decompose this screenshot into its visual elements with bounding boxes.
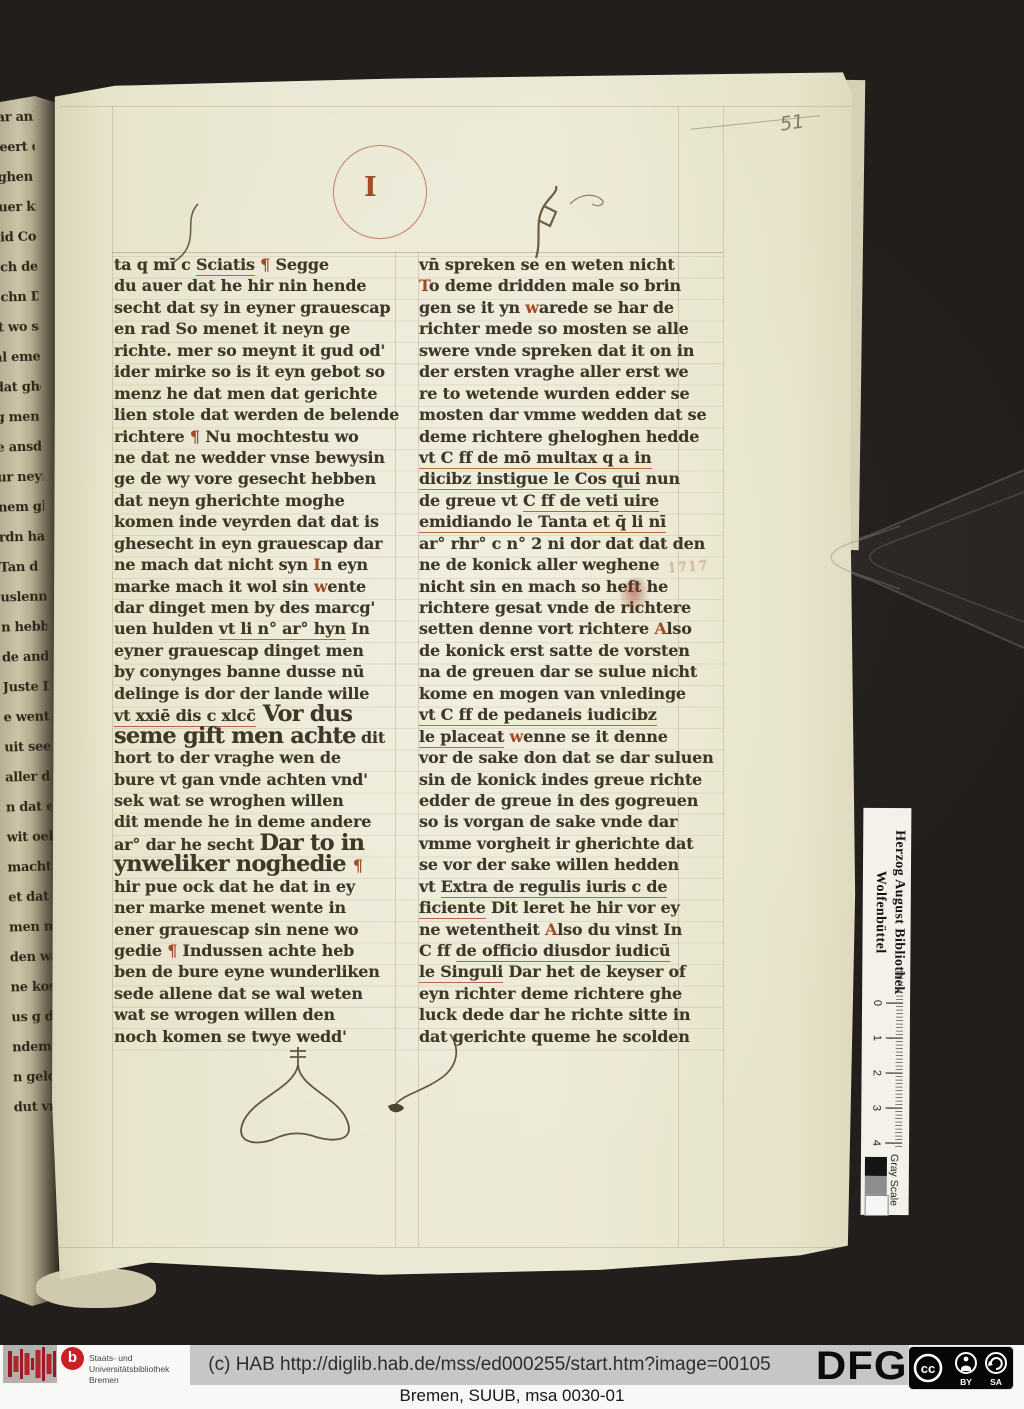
dfg-logo: DFG	[816, 1344, 908, 1389]
manuscript-line: du auer dat he hir nin hende	[114, 275, 400, 296]
manuscript-line: richter mede so mosten se alle	[419, 318, 695, 339]
facing-page-line-fragment: och den b	[0, 260, 38, 291]
facing-page-line-fragment: n dat en de	[6, 799, 53, 830]
manuscript-line: le placeat wenne se it denne	[419, 726, 695, 747]
red-circle-quire-mark: I	[333, 145, 427, 239]
manuscript-line: ge de wy vore gesecht hebben	[114, 468, 400, 489]
facing-page-line-fragment: al eme'e h	[0, 349, 41, 380]
manuscript-line: ne dat ne wedder vnse bewysin	[114, 447, 400, 468]
manuscript-line: vor de sake don dat se dar suluen	[419, 747, 695, 768]
facing-page-line-fragment: de ander g	[2, 649, 49, 680]
pen-flourish-below-right-column	[386, 1032, 496, 1116]
manuscript-line: de greue vt C ff de veti uire	[419, 490, 695, 511]
ruler-number: 4	[870, 1140, 882, 1146]
under-leaf-edge-bottom-left	[36, 1268, 156, 1308]
manuscript-line: hort to der vraghe wen de	[114, 747, 400, 768]
page-holder-clip	[780, 430, 1024, 670]
manuscript-line: swere vnde spreken dat it on in	[419, 340, 695, 361]
manuscript-line: secht dat sy in eyner grauescap	[114, 297, 400, 318]
manuscript-line: deme richtere gheloghen hedde	[419, 426, 695, 447]
text-column-left: ta q mī c Sciatis ¶ Seggedu auer dat he …	[114, 254, 400, 1047]
manuscript-line: sede allene dat se wal weten	[114, 983, 400, 1004]
manuscript-line: emidiando le Tanta et q̄ li nī	[419, 511, 695, 532]
manuscript-line: ben de bure eyne wunderliken	[114, 961, 400, 982]
facing-page-line-fragment: ndeme ik	[12, 1039, 59, 1070]
manuscript-line: dar dinget men by des marcg'	[114, 597, 400, 618]
manuscript-line: ne mach dat nicht syn In eyn	[114, 554, 400, 575]
facing-page-line-fragment: rdn hat n	[0, 529, 45, 560]
facing-page-line-fragment: echn Dil	[0, 290, 39, 321]
facing-page-line-fragment: Beert de	[0, 140, 35, 171]
facing-page-gutter: bar anbBeert deoghen wauer kilenid Cooch…	[0, 96, 58, 1306]
manuscript-line: nicht sin en mach so heft he	[419, 576, 695, 597]
pen-flourish-below-left-column	[220, 1045, 370, 1185]
facing-page-line-fragment: nid Co	[0, 230, 38, 261]
gray-scale-swatch	[865, 1157, 887, 1176]
facing-page-line-fragment: men men b	[9, 919, 56, 950]
shelfmark-caption: Bremen, SUUB, msa 0030-01	[0, 1386, 1024, 1406]
ruling-line-v5	[723, 106, 724, 1247]
manuscript-line: vt Extra de regulis iuris c de	[419, 876, 695, 897]
gray-scale-label: Gray Scale	[888, 1154, 900, 1216]
facing-page-line-fragment: Tan d	[0, 559, 46, 590]
facing-page-line-fragment: ne kost ml	[10, 979, 57, 1010]
facing-page-line-fragment: uslenne g	[0, 589, 47, 620]
manuscript-line: eyn richter deme richtere ghe	[419, 983, 695, 1004]
ruler-number: 0	[871, 1000, 883, 1006]
manuscript-line: uen hulden vt li n° ar° hyn In	[114, 618, 400, 639]
folio-number: 51	[779, 110, 806, 135]
facing-page-line-fragment: e ansdou n	[0, 439, 43, 470]
manuscript-line: der ersten vraghe aller erst we	[419, 361, 695, 382]
manuscript-line: gen se it yn warede se har de	[419, 297, 695, 318]
manuscript-line: sek wat se wroghen willen	[114, 790, 400, 811]
facing-page-line-fragment: ur neyn ng	[0, 469, 44, 500]
facing-page-line-fragment: macht hy	[7, 859, 54, 890]
manuscript-line: re to wetende wurden edder se	[419, 383, 695, 404]
manuscript-line: marke mach it wol sin wente	[114, 576, 400, 597]
manuscript-line: komen inde veyrden dat dat is	[114, 511, 400, 532]
manuscript-line: ne wetentheit Also du vinst In	[419, 919, 695, 940]
bremen-line3: Bremen	[89, 1375, 169, 1386]
manuscript-line: richte. mer so meynt it gud od'	[114, 340, 400, 361]
facing-page-line-fragment: nem ghird	[0, 499, 45, 530]
manuscript-line: by conynges banne dusse nū	[114, 661, 400, 682]
manuscript-line: dat neyn gherichte moghe	[114, 490, 400, 511]
facing-page-text-fragments: bar anbBeert deoghen wauer kilenid Cooch…	[0, 110, 60, 1131]
manuscript-line: ner marke menet wente in	[114, 897, 400, 918]
manuscript-line: gedie ¶ Indussen achte heb	[114, 940, 400, 961]
manuscript-line: ta q mī c Sciatis ¶ Segge	[114, 254, 400, 275]
facing-page-line-fragment: oghen w	[0, 170, 36, 201]
manuscript-line: ne de konick aller weghene	[419, 554, 695, 575]
facing-page-line-fragment: auer kile	[0, 200, 37, 231]
pen-flourish-above-right-column	[498, 182, 608, 260]
red-bars-logo	[3, 1345, 57, 1383]
facing-page-line-fragment: n hebben	[1, 619, 48, 650]
manuscript-line: mosten dar vmme wedden dat se	[419, 404, 695, 425]
manuscript-line: de konick erst satte de vorsten	[419, 640, 695, 661]
manuscript-line: vt C ff de pedaneis iudicibz	[419, 704, 695, 725]
manuscript-line: wat se wrogen willen den	[114, 1004, 400, 1025]
manuscript-line: To deme dridden male so brin	[419, 275, 695, 296]
text-column-right: vn̄ spreken se en weten nichtTo deme dri…	[419, 254, 695, 1047]
facing-page-line-fragment: us g de h	[11, 1009, 58, 1040]
ruling-line-bottom	[50, 1247, 845, 1248]
facing-page-line-fragment: it wo sal	[0, 320, 40, 351]
manuscript-line: luck dede dar he richte sitte in	[419, 1004, 695, 1025]
manuscript-line: seme gift men achte dit	[114, 726, 400, 747]
manuscript-line: menz he dat men dat gerichte	[114, 383, 400, 404]
manuscript-line: lien stole dat werden de belende	[114, 404, 400, 425]
manuscript-line: na de greuen dar se sulue nicht	[419, 661, 695, 682]
bremen-line1: Staats- und	[89, 1353, 169, 1364]
facing-page-line-fragment: aller dat	[5, 769, 52, 800]
facing-page-line-fragment: dat ghend	[0, 379, 41, 410]
facing-page-line-fragment: Juste Dat	[3, 679, 50, 710]
facing-page-line-fragment: g men nit	[0, 409, 42, 440]
facing-page-line-fragment: den warde	[10, 949, 57, 980]
scan-canvas: bar anbBeert deoghen wauer kilenid Cooch…	[0, 0, 1024, 1409]
manuscript-line: ar° rhr° c n° 2 ni dor dat dat den	[419, 533, 695, 554]
manuscript-line: ynweliker noghedie ¶	[114, 854, 400, 875]
manuscript-page: I 51 ta q mī c Sciatis ¶ Seggedu auer da…	[50, 70, 860, 1282]
manuscript-line: ener grauescap sin nene wo	[114, 919, 400, 940]
manuscript-line: setten denne vort richtere Also	[419, 618, 695, 639]
hab-reference-strip: Herzog August Bibliothek Wolfenbüttel 01…	[861, 808, 912, 1215]
manuscript-line: en rad So menet it neyn ge	[114, 318, 400, 339]
ruler-number: 2	[871, 1070, 883, 1076]
cm-ruler: 01234	[861, 958, 910, 1158]
ruling-line-top	[60, 106, 852, 107]
manuscript-line: sin de konick indes greue richte	[419, 769, 695, 790]
manuscript-line: richtere gesat vnde de richtere	[419, 597, 695, 618]
manuscript-line: C ff de officio diusdor iudicū	[419, 940, 695, 961]
manuscript-line: le Singuli Dar het de keyser of	[419, 961, 695, 982]
manuscript-line: dicibz instigue le Cos qui nun	[419, 468, 695, 489]
gray-scale-swatch	[865, 1195, 889, 1216]
manuscript-line: edder de greue in des gogreuen	[419, 790, 695, 811]
manuscript-line: vmme vorgheit ir gherichte dat	[419, 833, 695, 854]
facing-page-line-fragment: et dat and	[8, 889, 55, 920]
copyright-bar: (c) HAB http://diglib.hab.de/mss/ed00025…	[190, 1345, 909, 1385]
ruler-number: 3	[870, 1105, 882, 1111]
red-offset-mark: 1717	[668, 559, 710, 577]
manuscript-line: kome en mogen van vnledinge	[419, 683, 695, 704]
facing-page-line-fragment: uit seet ler	[4, 739, 51, 770]
quire-numeral: I	[364, 172, 377, 203]
manuscript-line: bure vt gan vnde achten vnd'	[114, 769, 400, 790]
gray-scale-swatch	[865, 1176, 887, 1195]
cc-by-sa-badge: cc BY SA	[908, 1346, 1014, 1390]
manuscript-line: so is vorgan de sake vnde dar	[419, 811, 695, 832]
bremen-logo-icon: b	[61, 1347, 84, 1370]
manuscript-line: richtere ¶ Nu mochtestu wo	[114, 426, 400, 447]
manuscript-line: hir pue ock dat he dat in ey	[114, 876, 400, 897]
copyright-url-text: (c) HAB http://diglib.hab.de/mss/ed00025…	[190, 1345, 909, 1385]
pen-flourish-left-margin	[168, 202, 214, 266]
footer-bar: b Staats- und Universitätsbibliothek Bre…	[0, 1345, 1024, 1409]
facing-page-line-fragment: e wente he	[3, 709, 50, 740]
manuscript-line: eyner grauescap dinget men	[114, 640, 400, 661]
cc-letters: cc	[921, 1361, 935, 1376]
manuscript-line: ficiente Dit leret he hir vor ey	[419, 897, 695, 918]
manuscript-line: noch komen se twye wedd'	[114, 1026, 400, 1047]
facing-page-line-fragment: bar anb	[0, 110, 34, 141]
manuscript-line: vt C ff de mō multax q a in	[419, 447, 695, 468]
manuscript-line: ghesecht in eyn grauescap dar	[114, 533, 400, 554]
facing-page-line-fragment: wit oek w	[7, 829, 54, 860]
manuscript-line: ider mirke so is it eyn gebot so	[114, 361, 400, 382]
bremen-line2: Universitätsbibliothek	[89, 1364, 169, 1375]
manuscript-line: se vor der sake willen hedden	[419, 854, 695, 875]
bremen-library-name: Staats- und Universitätsbibliothek Breme…	[89, 1353, 169, 1386]
ruler-number: 1	[871, 1035, 883, 1041]
